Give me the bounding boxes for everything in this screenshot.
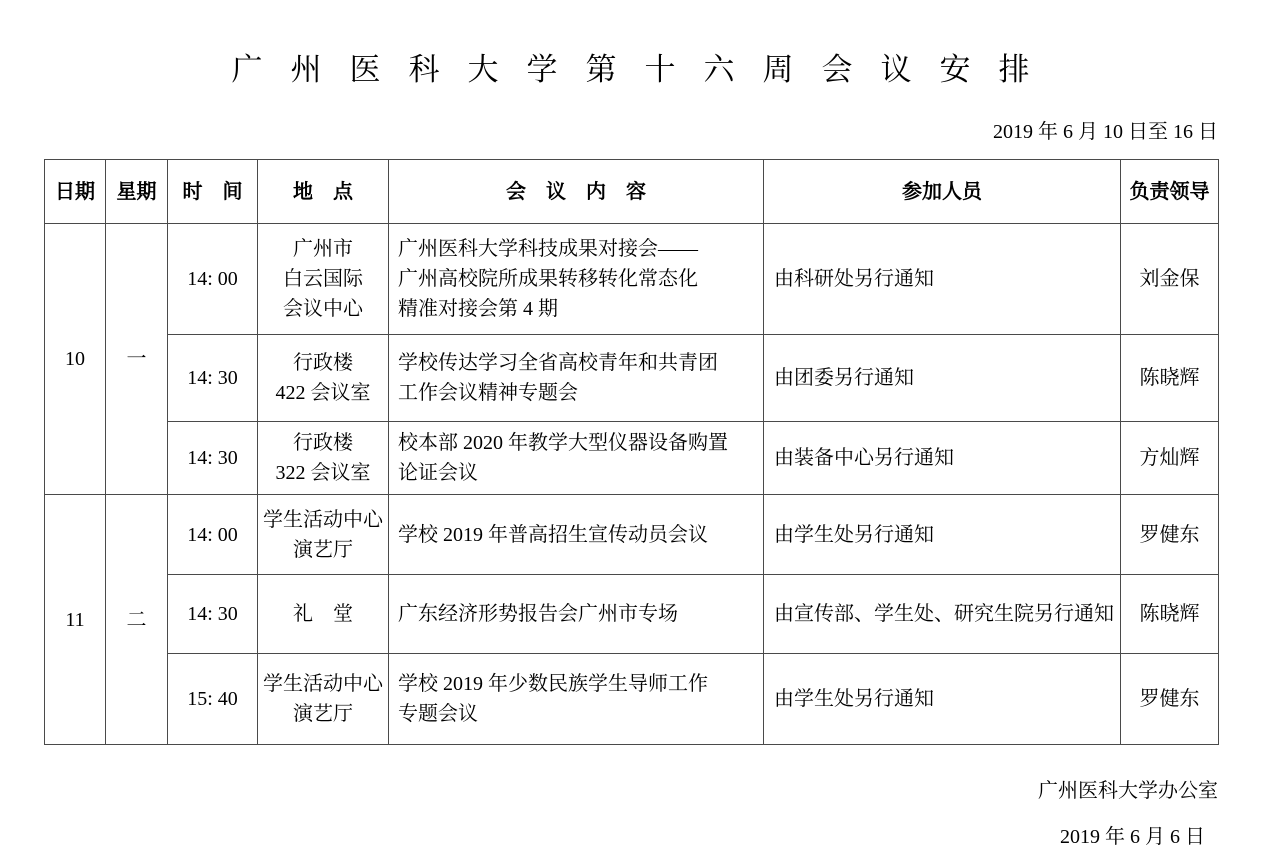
table-row: 15: 40 学生活动中心 演艺厅 学校 2019 年少数民族学生导师工作 专题… bbox=[45, 654, 1219, 745]
document-page: 广州医科大学第十六周会议安排 2019 年 6 月 10 日至 16 日 日期 … bbox=[0, 0, 1261, 846]
header-content: 会 议 内 容 bbox=[389, 160, 764, 224]
document-footer: 广州医科大学办公室 2019 年 6 月 6 日 bbox=[0, 774, 1261, 846]
leader-cell: 罗健东 bbox=[1121, 495, 1219, 575]
content-cell: 广州医科大学科技成果对接会—— 广州高校院所成果转移转化常态化 精准对接会第 4… bbox=[389, 224, 764, 335]
time-cell: 14: 30 bbox=[168, 575, 258, 654]
time-cell: 14: 00 bbox=[168, 224, 258, 335]
table-row: 10 一 14: 00 广州市 白云国际 会议中心 广州医科大学科技成果对接会—… bbox=[45, 224, 1219, 335]
header-participants: 参加人员 bbox=[764, 160, 1121, 224]
leader-cell: 陈晓辉 bbox=[1121, 335, 1219, 422]
header-time: 时 间 bbox=[168, 160, 258, 224]
weekday-cell: 二 bbox=[106, 495, 168, 745]
time-cell: 14: 30 bbox=[168, 422, 258, 495]
table-row: 14: 30 行政楼 322 会议室 校本部 2020 年教学大型仪器设备购置 … bbox=[45, 422, 1219, 495]
location-cell: 学生活动中心 演艺厅 bbox=[258, 654, 389, 745]
meeting-schedule-table: 日期 星期 时 间 地 点 会 议 内 容 参加人员 负责领导 10 一 14:… bbox=[44, 159, 1219, 745]
date-cell: 10 bbox=[45, 224, 106, 495]
participants-cell: 由装备中心另行通知 bbox=[764, 422, 1121, 495]
table-header-row: 日期 星期 时 间 地 点 会 议 内 容 参加人员 负责领导 bbox=[45, 160, 1219, 224]
content-cell: 学校传达学习全省高校青年和共青团 工作会议精神专题会 bbox=[389, 335, 764, 422]
content-cell: 学校 2019 年少数民族学生导师工作 专题会议 bbox=[389, 654, 764, 745]
participants-cell: 由学生处另行通知 bbox=[764, 654, 1121, 745]
header-date: 日期 bbox=[45, 160, 106, 224]
content-cell: 校本部 2020 年教学大型仪器设备购置 论证会议 bbox=[389, 422, 764, 495]
date-range: 2019 年 6 月 10 日至 16 日 bbox=[0, 115, 1261, 144]
footer-date: 2019 年 6 月 6 日 bbox=[0, 820, 1261, 846]
leader-cell: 刘金保 bbox=[1121, 224, 1219, 335]
location-cell: 学生活动中心 演艺厅 bbox=[258, 495, 389, 575]
time-cell: 14: 00 bbox=[168, 495, 258, 575]
leader-cell: 罗健东 bbox=[1121, 654, 1219, 745]
participants-cell: 由宣传部、学生处、研究生院另行通知 bbox=[764, 575, 1121, 654]
location-cell: 行政楼 322 会议室 bbox=[258, 422, 389, 495]
header-location: 地 点 bbox=[258, 160, 389, 224]
table-row: 14: 30 行政楼 422 会议室 学校传达学习全省高校青年和共青团 工作会议… bbox=[45, 335, 1219, 422]
location-cell: 行政楼 422 会议室 bbox=[258, 335, 389, 422]
header-weekday: 星期 bbox=[106, 160, 168, 224]
location-cell: 广州市 白云国际 会议中心 bbox=[258, 224, 389, 335]
content-cell: 广东经济形势报告会广州市专场 bbox=[389, 575, 764, 654]
content-cell: 学校 2019 年普高招生宣传动员会议 bbox=[389, 495, 764, 575]
participants-cell: 由学生处另行通知 bbox=[764, 495, 1121, 575]
footer-office: 广州医科大学办公室 bbox=[0, 774, 1261, 803]
participants-cell: 由团委另行通知 bbox=[764, 335, 1121, 422]
participants-cell: 由科研处另行通知 bbox=[764, 224, 1121, 335]
time-cell: 15: 40 bbox=[168, 654, 258, 745]
leader-cell: 陈晓辉 bbox=[1121, 575, 1219, 654]
time-cell: 14: 30 bbox=[168, 335, 258, 422]
weekday-cell: 一 bbox=[106, 224, 168, 495]
page-title: 广州医科大学第十六周会议安排 bbox=[0, 0, 1261, 89]
date-cell: 11 bbox=[45, 495, 106, 745]
header-leader: 负责领导 bbox=[1121, 160, 1219, 224]
leader-cell: 方灿辉 bbox=[1121, 422, 1219, 495]
table-row: 14: 30 礼 堂 广东经济形势报告会广州市专场 由宣传部、学生处、研究生院另… bbox=[45, 575, 1219, 654]
location-cell: 礼 堂 bbox=[258, 575, 389, 654]
table-row: 11 二 14: 00 学生活动中心 演艺厅 学校 2019 年普高招生宣传动员… bbox=[45, 495, 1219, 575]
